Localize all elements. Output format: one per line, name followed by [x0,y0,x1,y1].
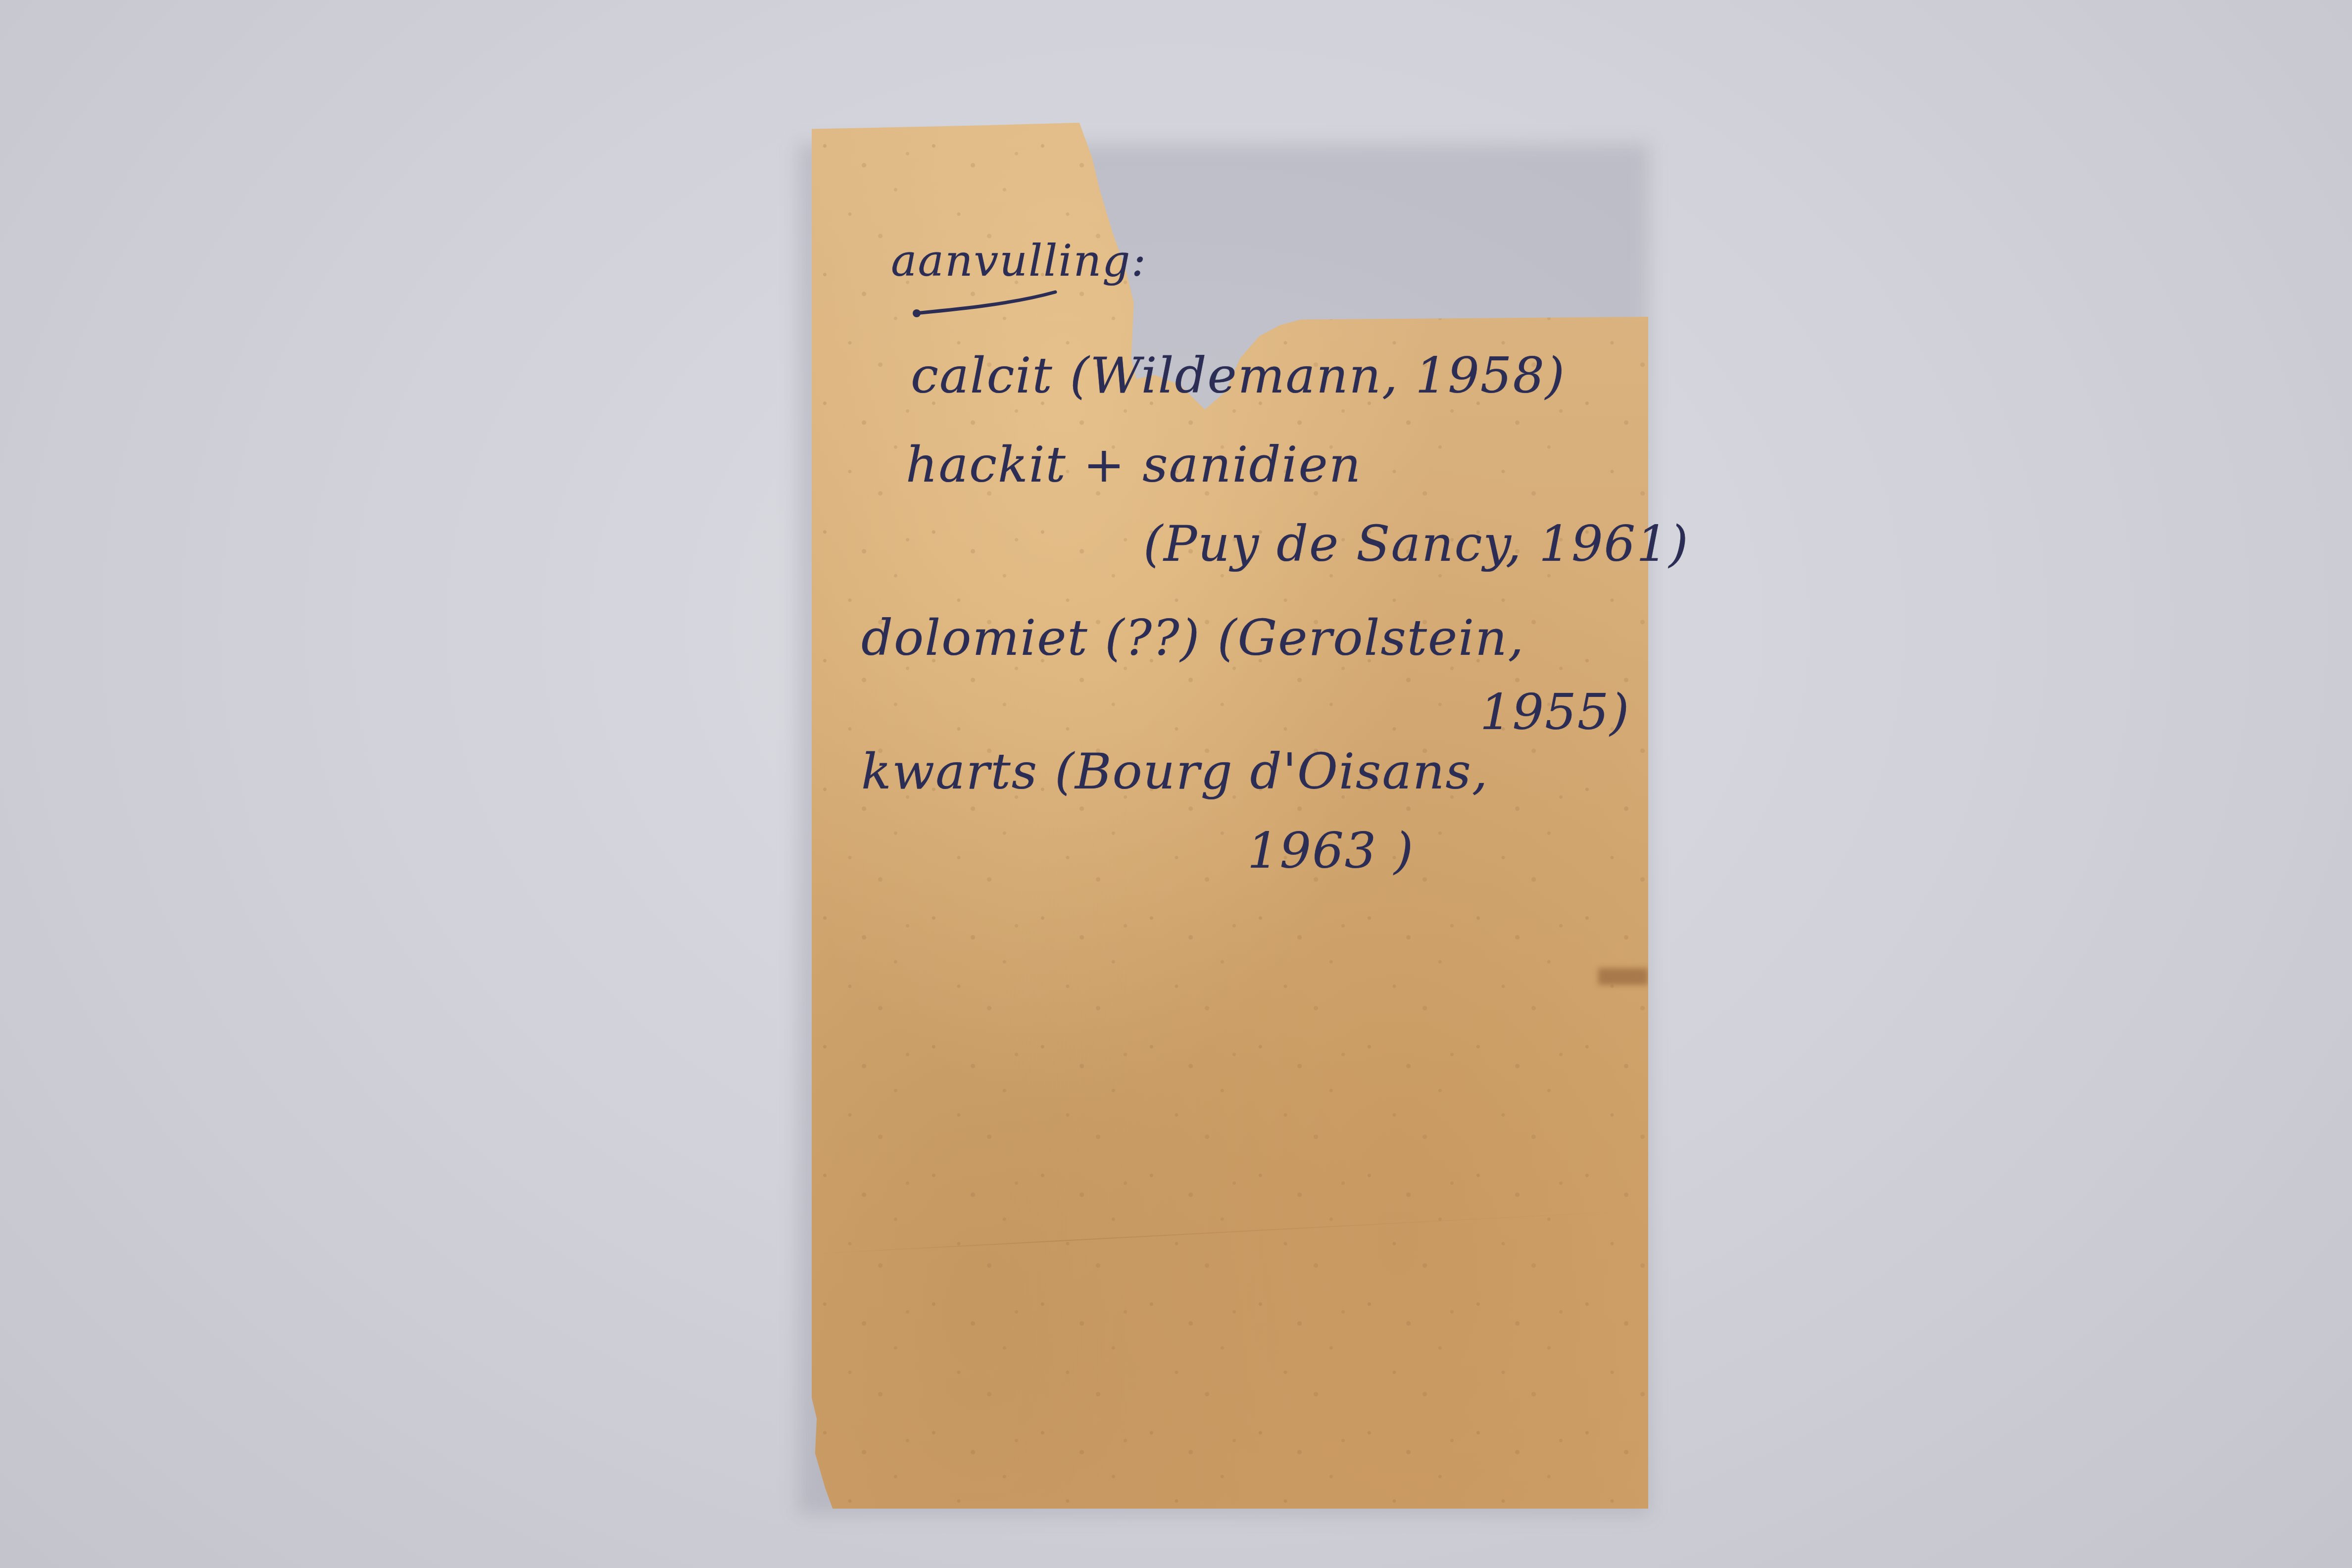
note-heading: aanvulling: [891,235,1147,286]
entry-kwarts: kwarts (Bourg d'Oisans, [861,742,1489,800]
heading-underline-flourish [912,290,1060,319]
entry-hackit-sanidien-locality: (Puy de Sancy, 1961) [1143,515,1689,573]
entry-calcit: calcit (Wildemann, 1958) [911,346,1566,404]
photo-scene: aanvulling: calcit (Wildemann, 1958) hac… [0,0,2352,1568]
entry-dolomiet: dolomiet (??) (Gerolstein, [861,609,1524,667]
entry-dolomiet-year: 1955) [1480,683,1630,741]
entry-hackit-sanidien: hackit + sanidien [906,436,1362,493]
paper-stain [1598,968,1648,985]
entry-kwarts-year: 1963 ) [1247,822,1414,880]
